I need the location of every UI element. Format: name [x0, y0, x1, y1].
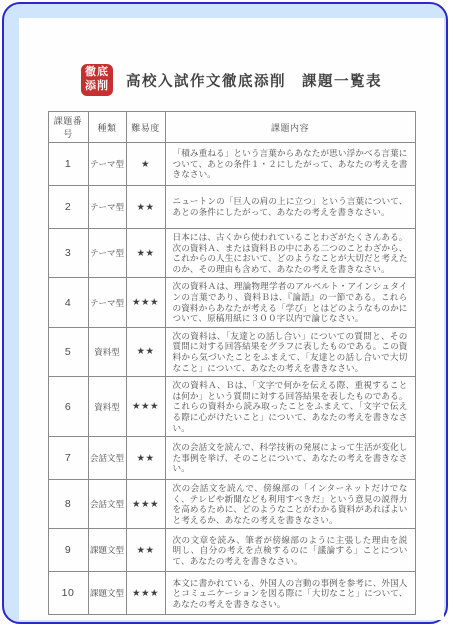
- difficulty-stars: ★★★: [126, 480, 165, 529]
- assignment-number: 6: [48, 377, 88, 437]
- table-row: 5 資料型 ★★ 次の資料は、「友達との話し合い」についての質問と、その質問に対…: [48, 327, 415, 376]
- assignment-number: 8: [48, 480, 88, 529]
- assignment-content: 次の資料Ａ、Ｂは、「文字で何かを伝える際、重視することは何か」という質問に対する…: [165, 377, 415, 437]
- table-row: 9 課題文型 ★★ 次の文章を読み、筆者が傍線部のように主張した理由を説明し、自…: [48, 529, 415, 572]
- tettei-tensaku-stamp-logo: 徹底 添削: [81, 64, 113, 96]
- table-row: 4 テーマ型 ★★★ 次の資料Ａは、理論物理学者のアルベルト・アインシュタインの…: [48, 278, 415, 327]
- table-row: 3 テーマ型 ★★ 日本には、古くから使われていることわざがたくさんある。次の資…: [48, 229, 415, 278]
- assignment-type: テーマ型: [88, 229, 126, 278]
- stamp-logo-line1: 徹底: [85, 66, 109, 80]
- table-row: 8 会話文型 ★★★ 次の会話文を読んで、傍線部の「インターネットだけでなく、テ…: [48, 480, 415, 529]
- assignment-type: テーマ型: [88, 278, 126, 327]
- column-header-content: 課題内容: [165, 112, 415, 143]
- table-header-row: 課題番号 種類 難易度 課題内容: [48, 112, 415, 143]
- difficulty-stars: ★★★: [126, 377, 165, 437]
- table-row: 7 会話文型 ★★ 次の会話文を読んで、科学技術の発展によって生活が変化した事例…: [48, 437, 415, 480]
- table-row: 2 テーマ型 ★★ ニュートンの「巨人の肩の上に立つ」という言葉について、あとの…: [48, 186, 415, 229]
- column-header-assignment-number: 課題番号: [48, 112, 88, 143]
- assignment-number: 9: [48, 529, 88, 572]
- stamp-logo-line2: 添削: [85, 80, 109, 94]
- assignment-number: 7: [48, 437, 88, 480]
- assignment-content: 次の資料Ａは、理論物理学者のアルベルト・アインシュタインの言葉であり、資料Ｂは、…: [165, 278, 415, 327]
- page-title: 高校入試作文徹底添削 課題一覧表: [126, 70, 382, 91]
- table-row: 6 資料型 ★★★ 次の資料Ａ、Ｂは、「文字で何かを伝える際、重視することは何か…: [48, 377, 415, 437]
- assignment-content: 次の資料は、「友達との話し合い」についての質問と、その質問に対する回答結果をグラ…: [165, 327, 415, 376]
- difficulty-stars: ★★★: [126, 278, 165, 327]
- assignment-number: 2: [48, 186, 88, 229]
- difficulty-stars: ★★: [126, 437, 165, 480]
- title-row: 徹底 添削 高校入試作文徹底添削 課題一覧表: [19, 64, 444, 96]
- blue-rounded-frame: 徹底 添削 高校入試作文徹底添削 課題一覧表 課題番号 種類 難易度 課題内容: [2, 2, 448, 624]
- column-header-type: 種類: [88, 112, 126, 143]
- assignment-number: 3: [48, 229, 88, 278]
- assignment-content: 次の会話文を読んで、傍線部の「インターネットだけでなく、テレビや新聞なども利用す…: [165, 480, 415, 529]
- assignment-type: テーマ型: [88, 186, 126, 229]
- assignment-number: 4: [48, 278, 88, 327]
- assignment-content: 「積み重ねる」という言葉からあなたが思い浮かべる言葉について、あとの条件１・２に…: [165, 143, 415, 186]
- assignment-content: ニュートンの「巨人の肩の上に立つ」という言葉について、あとの条件にしたがって、あ…: [165, 186, 415, 229]
- table-row: 1 テーマ型 ★ 「積み重ねる」という言葉からあなたが思い浮かべる言葉について、…: [48, 143, 415, 186]
- table-row: 10 課題文型 ★★★ 本文に書かれている、外国人の言動の事例を参考に、外国人と…: [48, 572, 415, 615]
- assignment-type: 会話文型: [88, 437, 126, 480]
- difficulty-stars: ★: [126, 143, 165, 186]
- difficulty-stars: ★★: [126, 186, 165, 229]
- scanned-document: 徹底 添削 高校入試作文徹底添削 課題一覧表 課題番号 種類 難易度 課題内容: [0, 0, 454, 630]
- assignment-type: 課題文型: [88, 529, 126, 572]
- assignment-type: 資料型: [88, 377, 126, 437]
- assignment-content: 日本には、古くから使われていることわざがたくさんある。次の資料Ａ、または資料Ｂの…: [165, 229, 415, 278]
- assignment-number: 1: [48, 143, 88, 186]
- document-page: 徹底 添削 高校入試作文徹底添削 課題一覧表 課題番号 種類 難易度 課題内容: [19, 18, 444, 620]
- assignment-number: 10: [48, 572, 88, 615]
- assignment-content: 次の会話文を読んで、科学技術の発展によって生活が変化した事例を挙げ、そのことにつ…: [165, 437, 415, 480]
- assignment-type: 会話文型: [88, 480, 126, 529]
- assignment-content: 次の文章を読み、筆者が傍線部のように主張した理由を説明し、自分の考えを点検するの…: [165, 529, 415, 572]
- assignment-type: 課題文型: [88, 572, 126, 615]
- assignment-content: 本文に書かれている、外国人の言動の事例を参考に、外国人とコミュニケーションを図る…: [165, 572, 415, 615]
- assignment-type: 資料型: [88, 327, 126, 376]
- difficulty-stars: ★★: [126, 229, 165, 278]
- assignment-list-table: 課題番号 種類 難易度 課題内容 1 テーマ型 ★ 「積み重ねる」という言葉から…: [48, 111, 416, 615]
- difficulty-stars: ★★★: [126, 572, 165, 615]
- column-header-difficulty: 難易度: [126, 112, 165, 143]
- assignment-type: テーマ型: [88, 143, 126, 186]
- assignment-number: 5: [48, 327, 88, 376]
- difficulty-stars: ★★: [126, 327, 165, 376]
- difficulty-stars: ★★: [126, 529, 165, 572]
